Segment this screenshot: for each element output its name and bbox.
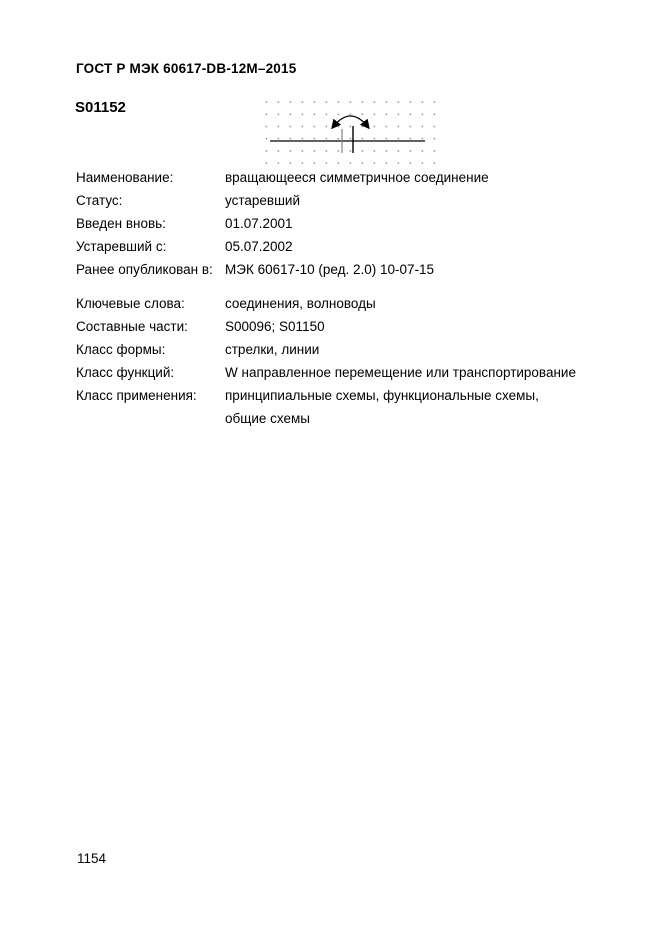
field-label: Статус: [76,190,225,213]
field-label: Устаревший с: [76,236,225,259]
field-row-function-class: Класс функций: W направленное перемещени… [76,362,576,385]
field-row-introduced: Введен вновь: 01.07.2001 [76,213,489,236]
field-value: 01.07.2001 [225,213,293,236]
classification-group: Ключевые слова: соединения, волноводы Со… [76,293,576,430]
field-label: Класс функций: [76,362,225,385]
symbol-id: S01152 [75,99,126,116]
document-page: ГОСТ Р МЭК 60617-DB-12M–2015 S01152 Наим… [0,0,661,936]
field-row-application-class: Класс применения: принципиальные схемы, … [76,385,576,431]
field-row-obsolete-since: Устаревший с: 05.07.2002 [76,236,489,259]
field-label: Класс применения: [76,385,225,431]
field-value: МЭК 60617-10 (ред. 2.0) 10-07-15 [225,259,434,282]
dot-grid [259,99,441,166]
field-value: 05.07.2002 [225,236,293,259]
page-number: 1154 [77,851,106,866]
field-row-name: Наименование: вращающееся симметричное с… [76,167,489,190]
field-label: Класс формы: [76,339,225,362]
field-value: стрелки, линии [225,339,319,362]
field-value: соединения, волноводы [225,293,376,316]
document-title: ГОСТ Р МЭК 60617-DB-12M–2015 [76,61,296,76]
field-row-previously-published: Ранее опубликован в: МЭК 60617-10 (ред. … [76,259,489,282]
field-label: Ранее опубликован в: [76,259,225,282]
field-label: Составные части: [76,316,225,339]
field-label: Ключевые слова: [76,293,225,316]
field-row-status: Статус: устаревший [76,190,489,213]
properties-group: Наименование: вращающееся симметричное с… [76,167,489,282]
field-value: S00096; S01150 [225,316,325,339]
symbol-figure [255,96,450,168]
field-row-keywords: Ключевые слова: соединения, волноводы [76,293,576,316]
field-value: W направленное перемещение или транспорт… [225,362,576,385]
field-label: Введен вновь: [76,213,225,236]
field-row-shape-class: Класс формы: стрелки, линии [76,339,576,362]
field-label: Наименование: [76,167,225,190]
field-value: устаревший [225,190,300,213]
field-value: вращающееся симметричное соединение [225,167,489,190]
rotating-symmetric-connection-icon [255,96,450,168]
field-value: принципиальные схемы, функциональные схе… [225,385,539,431]
field-row-components: Составные части: S00096; S01150 [76,316,576,339]
